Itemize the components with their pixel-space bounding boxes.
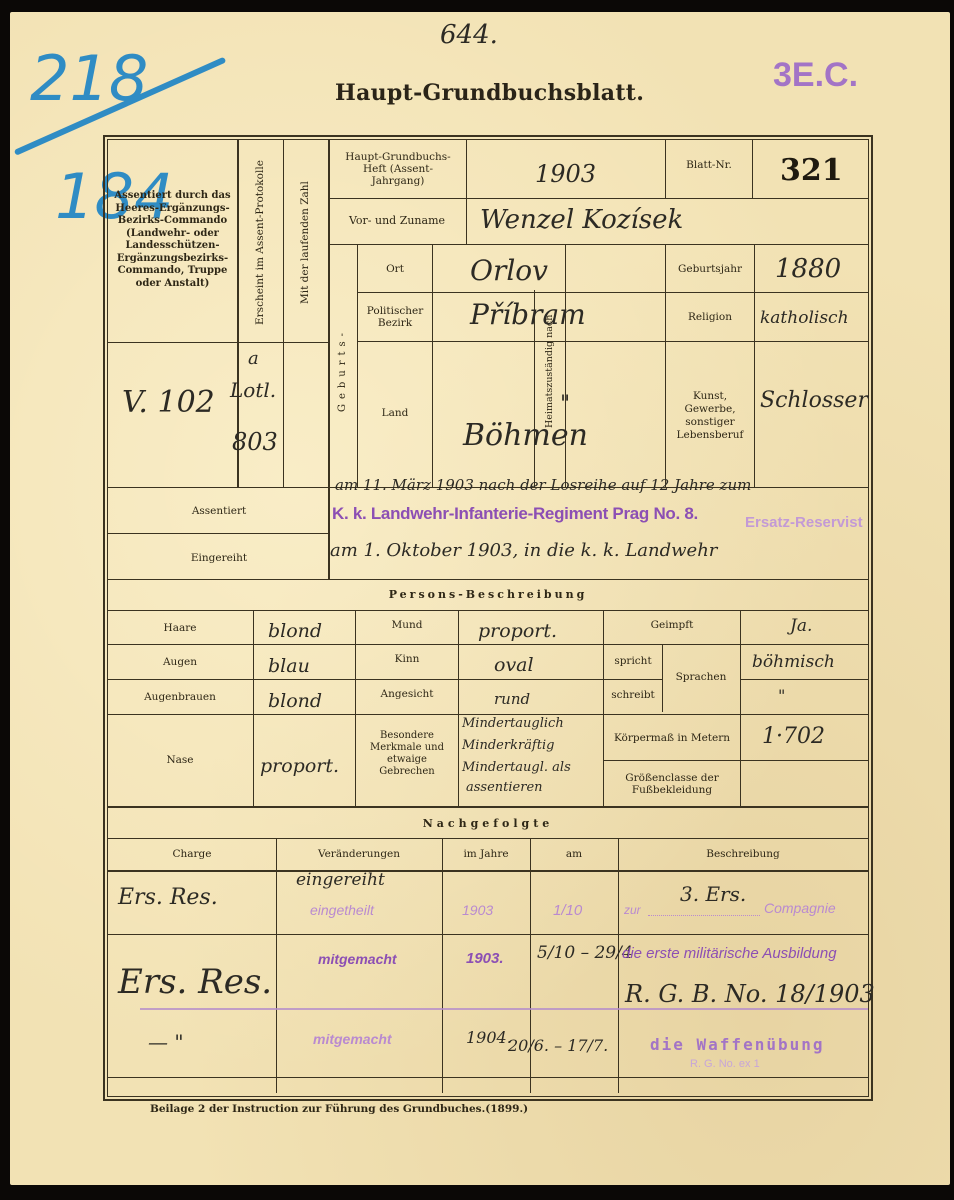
- mund-label: Mund: [358, 614, 456, 636]
- kinn-value: oval: [494, 654, 534, 676]
- sprachen-label: Sprachen: [664, 666, 738, 688]
- eingereiht-label: Eingereiht: [110, 545, 328, 571]
- ort-value: Orlov: [470, 254, 548, 287]
- row1-desc-dots: [648, 915, 760, 916]
- erscheint-value-mid: Lotl.: [230, 378, 276, 402]
- row1-desc-prefix: zur: [624, 903, 641, 917]
- merkmale-line-1: Mindertauglich: [462, 716, 564, 731]
- haare-label: Haare: [110, 616, 250, 640]
- row2-change-stamp: mitgemacht: [318, 951, 397, 967]
- angesicht-label: Angesicht: [358, 683, 456, 705]
- row1-date: 1/10: [553, 902, 582, 919]
- footer-note: Beilage 2 der Instruction zur Führung de…: [150, 1103, 528, 1115]
- nase-label: Nase: [110, 748, 250, 772]
- row2-date: 5/10 – 29/4: [537, 943, 633, 963]
- augenbrauen-value: blond: [268, 690, 322, 712]
- beruf-label: Kunst, Gewerbe, sonstiger Lebensberuf: [676, 380, 744, 452]
- name-value: Wenzel Kozísek: [480, 205, 683, 235]
- erscheint-value-top: a: [248, 348, 259, 369]
- koerpermass-label: Körpermaß in Metern: [612, 720, 732, 756]
- blatt-label: Blatt-Nr.: [667, 150, 751, 180]
- col-am: am: [532, 842, 616, 866]
- heft-value: 1903: [535, 160, 596, 188]
- row3-change-stamp: mitgemacht: [313, 1031, 392, 1047]
- row2-desc-hand: R. G. B. No. 18/1903: [625, 980, 875, 1008]
- land-value: Böhmen: [463, 418, 588, 453]
- ersatz-reservist-stamp: Ersatz-Reservist: [745, 514, 863, 531]
- religion-value: katholisch: [760, 308, 849, 328]
- bezirk-label: Politischer Bezirk: [360, 298, 430, 336]
- row3-desc-stamp: die Waffenübung: [650, 1035, 825, 1054]
- kinn-label: Kinn: [358, 648, 456, 670]
- row1-desc-suffix: Compagnie: [764, 900, 836, 916]
- spricht-value: böhmisch: [752, 652, 835, 672]
- schreibt-value: ": [778, 686, 785, 705]
- row2-year: 1903.: [466, 950, 504, 967]
- koerpermass-value: 1·702: [762, 724, 825, 749]
- violet-rule: [140, 1008, 868, 1010]
- name-label: Vor- und Zuname: [332, 206, 462, 236]
- assentiert-durch-value: V. 102: [122, 385, 215, 420]
- eingereiht-hand: am 1. Oktober 1903, in die k. k. Landweh…: [330, 540, 717, 561]
- assentiert-hand: am 11. März 1903 nach der Losreihe auf 1…: [335, 476, 751, 494]
- assentiert-label: Assentiert: [110, 498, 328, 524]
- regiment-stamp: K. k. Landwehr-Infanterie-Regiment Prag …: [332, 504, 698, 524]
- col-veraenderungen: Veränderungen: [278, 842, 440, 866]
- geburts-label: Geburts-: [333, 310, 353, 430]
- row3-charge: — ": [148, 1030, 184, 1054]
- augen-label: Augen: [110, 650, 250, 674]
- angesicht-value: rund: [494, 690, 530, 708]
- religion-label: Religion: [667, 300, 753, 334]
- merkmale-line-4: assentieren: [466, 780, 543, 795]
- augen-value: blau: [268, 655, 310, 677]
- nachgefolgte-title: Nachgefolgte: [107, 814, 869, 834]
- fussbekleidung-label: Größenclasse der Fußbekleidung: [612, 766, 732, 802]
- heft-label: Haupt-Grundbuchs-Heft (Assent-Jahrgang): [338, 143, 458, 195]
- heimat-label: Heimatszuständig nach: [536, 296, 564, 446]
- bezirk-value: Příbram: [470, 298, 586, 331]
- assentiert-durch-label: Assentiert durch das Heeres-Ergänzungs-B…: [110, 170, 235, 310]
- erscheint-label: Erscheint im Assent-Protokolle: [245, 150, 275, 335]
- heimat-mark: ": [560, 392, 570, 417]
- geburtsjahr-value: 1880: [775, 254, 841, 284]
- augenbrauen-label: Augenbrauen: [110, 685, 250, 709]
- row3-desc-sub: R. G. No. ex 1: [690, 1058, 760, 1070]
- merkmale-line-3: Mindertaugl. als: [462, 760, 571, 775]
- merkmale-line-2: Minderkräftig: [462, 738, 554, 753]
- row2-desc-stamp: die erste militärische Ausbildung: [622, 945, 837, 962]
- col-charge: Charge: [110, 842, 274, 866]
- row1-change-hand: eingereiht: [296, 870, 385, 890]
- beruf-value: Schlosser: [760, 388, 868, 413]
- row3-date: 20/6. – 17/7.: [508, 1036, 608, 1055]
- geburtsjahr-label: Geburtsjahr: [667, 252, 753, 286]
- geimpft-value: Ja.: [790, 616, 812, 636]
- land-label: Land: [360, 398, 430, 428]
- col-beschreibung: Beschreibung: [620, 842, 866, 866]
- row3-year: 1904.: [466, 1028, 512, 1047]
- corner-stamp: 3E.C.: [773, 56, 858, 95]
- spricht-label: spricht: [606, 650, 660, 672]
- nase-value: proport.: [260, 755, 339, 777]
- document-title: Haupt-Grundbuchsblatt.: [335, 80, 644, 106]
- schreibt-label: schreibt: [606, 684, 660, 706]
- row1-change-stamp: eingetheilt: [310, 902, 374, 918]
- ort-label: Ort: [360, 250, 430, 288]
- mund-value: proport.: [478, 620, 557, 642]
- merkmale-label: Besondere Merkmale und etwaige Gebrechen: [358, 724, 456, 784]
- row2-charge: Ers. Res.: [118, 962, 272, 1002]
- geimpft-label: Geimpft: [606, 614, 738, 636]
- sheet-number-annotation: 644.: [440, 20, 498, 50]
- row1-year: 1903: [462, 902, 493, 918]
- row1-charge: Ers. Res.: [118, 885, 218, 910]
- row1-desc-hand: 3. Ers.: [680, 882, 746, 906]
- haare-value: blond: [268, 620, 322, 642]
- col-jahr: im Jahre: [444, 842, 528, 866]
- persons-title: Persons-Beschreibung: [107, 585, 869, 605]
- laufende-zahl-label: Mit der laufenden Zahl: [290, 150, 320, 335]
- blatt-value: 321: [780, 153, 843, 188]
- erscheint-value-bottom: 803: [232, 428, 278, 456]
